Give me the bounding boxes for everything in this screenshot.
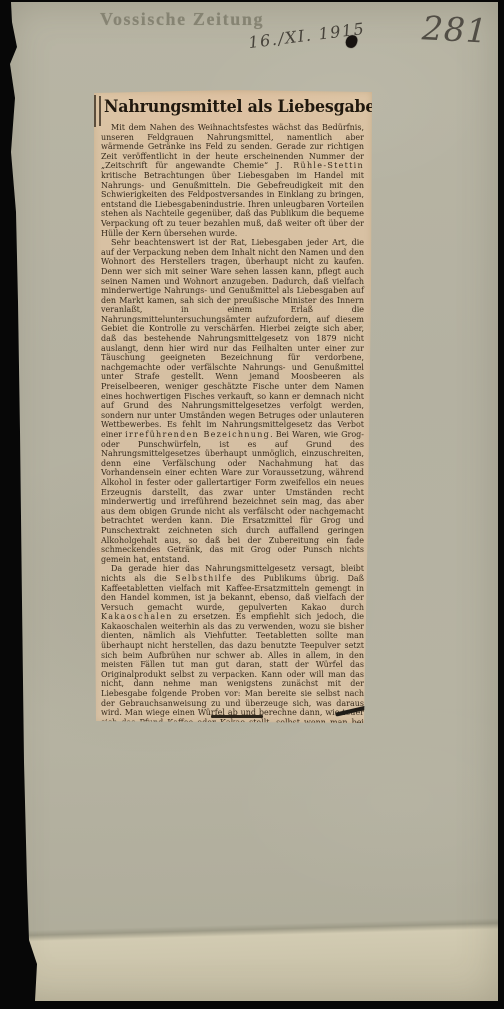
article-paragraph: Da gerade hier das Nahrungsmittelgesetz …: [101, 564, 364, 765]
article-body: Mit dem Nahen des Weihnachtsfestes wächs…: [101, 123, 364, 766]
column-rule: [99, 96, 101, 126]
column-rule: [94, 95, 96, 127]
album-page: Vossische Zeitung 16./XI. 1915 281 Nahru…: [8, 2, 498, 1001]
article-paragraph: Sehr beachtenswert ist der Rat, Liebesga…: [101, 238, 364, 564]
publication-stamp: Vossische Zeitung: [100, 9, 264, 30]
newspaper-clipping: Nahrungsmittel als Liebesgaben. Mit dem …: [92, 90, 373, 724]
page-number: 281: [421, 8, 489, 50]
end-rule: [211, 715, 263, 718]
article-paragraph: Mit dem Nahen des Weihnachtsfestes wächs…: [101, 123, 364, 238]
article-title: Nahrungsmittel als Liebesgaben.: [104, 97, 351, 117]
